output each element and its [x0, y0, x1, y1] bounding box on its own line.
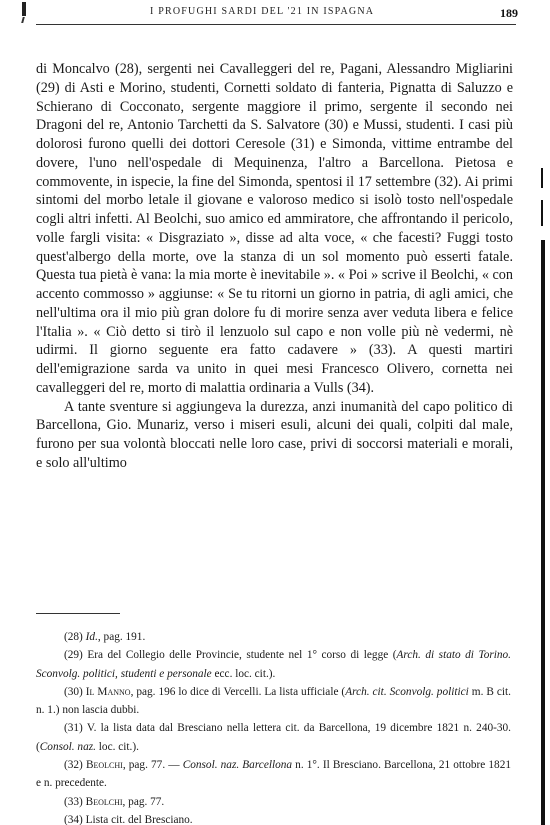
- page-number: 189: [500, 6, 518, 21]
- footnote-34: (34) Lista cit. del Bresciano.: [36, 811, 511, 825]
- footnote-number: (29): [64, 649, 83, 661]
- page-header: I PROFUGHI SARDI DEL '21 IN ISPAGNA 189: [36, 4, 516, 24]
- footnote-number: (28): [64, 631, 83, 643]
- footnote-text-tail: loc. cit.).: [96, 741, 139, 753]
- footnotes: (28) Id., pag. 191. (29) Era del Collegi…: [36, 628, 511, 825]
- footnote-rule: [36, 613, 120, 614]
- footnote-text: , pag. 77. —: [123, 759, 183, 771]
- binding-edge: [541, 200, 543, 226]
- binding-edge: [541, 240, 545, 825]
- footnote-author: Beolchi: [86, 759, 123, 771]
- footnote-author: Beolchi: [86, 796, 123, 808]
- footnote-32: (32) Beolchi, pag. 77. — Consol. naz. Ba…: [36, 756, 511, 793]
- scan-corner-mark: [22, 2, 26, 16]
- footnote-number: (30): [64, 686, 83, 698]
- footnote-text: , pag. 77.: [123, 796, 165, 808]
- binding-edge: [541, 168, 543, 188]
- footnote-italic: Id.: [86, 631, 98, 643]
- footnote-italic: Consol. naz.: [40, 741, 96, 753]
- footnote-number: (34): [64, 814, 83, 825]
- footnote-italic: Consol. naz. Barcellona: [183, 759, 292, 771]
- footnote-28: (28) Id., pag. 191.: [36, 628, 511, 646]
- footnote-text: , pag. 196 lo dice di Vercelli. La lista…: [131, 686, 346, 698]
- footnote-29: (29) Era del Collegio delle Provincie, s…: [36, 646, 511, 683]
- footnote-text: Lista cit. del Bresciano.: [86, 814, 193, 825]
- footnote-number: (32): [64, 759, 83, 771]
- paragraph: A tante sventure si aggiungeva la durezz…: [36, 398, 513, 473]
- footnote-33: (33) Beolchi, pag. 77.: [36, 793, 511, 811]
- footnote-30: (30) Il Manno, pag. 196 lo dice di Verce…: [36, 683, 511, 720]
- footnote-number: (33): [64, 796, 83, 808]
- body-text: di Moncalvo (28), sergenti nei Cavallegg…: [36, 60, 513, 473]
- footnote-31: (31) V. la lista data dal Bresciano nell…: [36, 719, 511, 756]
- footnote-text: Era del Collegio delle Provincie, studen…: [87, 649, 396, 661]
- footnote-author: Il Manno: [86, 686, 131, 698]
- paragraph: di Moncalvo (28), sergenti nei Cavallegg…: [36, 60, 513, 398]
- footnote-text-tail: ecc. loc. cit.).: [212, 668, 276, 680]
- header-rule: [36, 24, 516, 25]
- footnote-italic: Arch. cit. Sconvolg. politici: [345, 686, 469, 698]
- footnote-number: (31): [64, 722, 83, 734]
- scan-corner-mark: [21, 17, 25, 23]
- running-title: I PROFUGHI SARDI DEL '21 IN ISPAGNA: [150, 6, 374, 17]
- footnote-text: , pag. 191.: [98, 631, 145, 643]
